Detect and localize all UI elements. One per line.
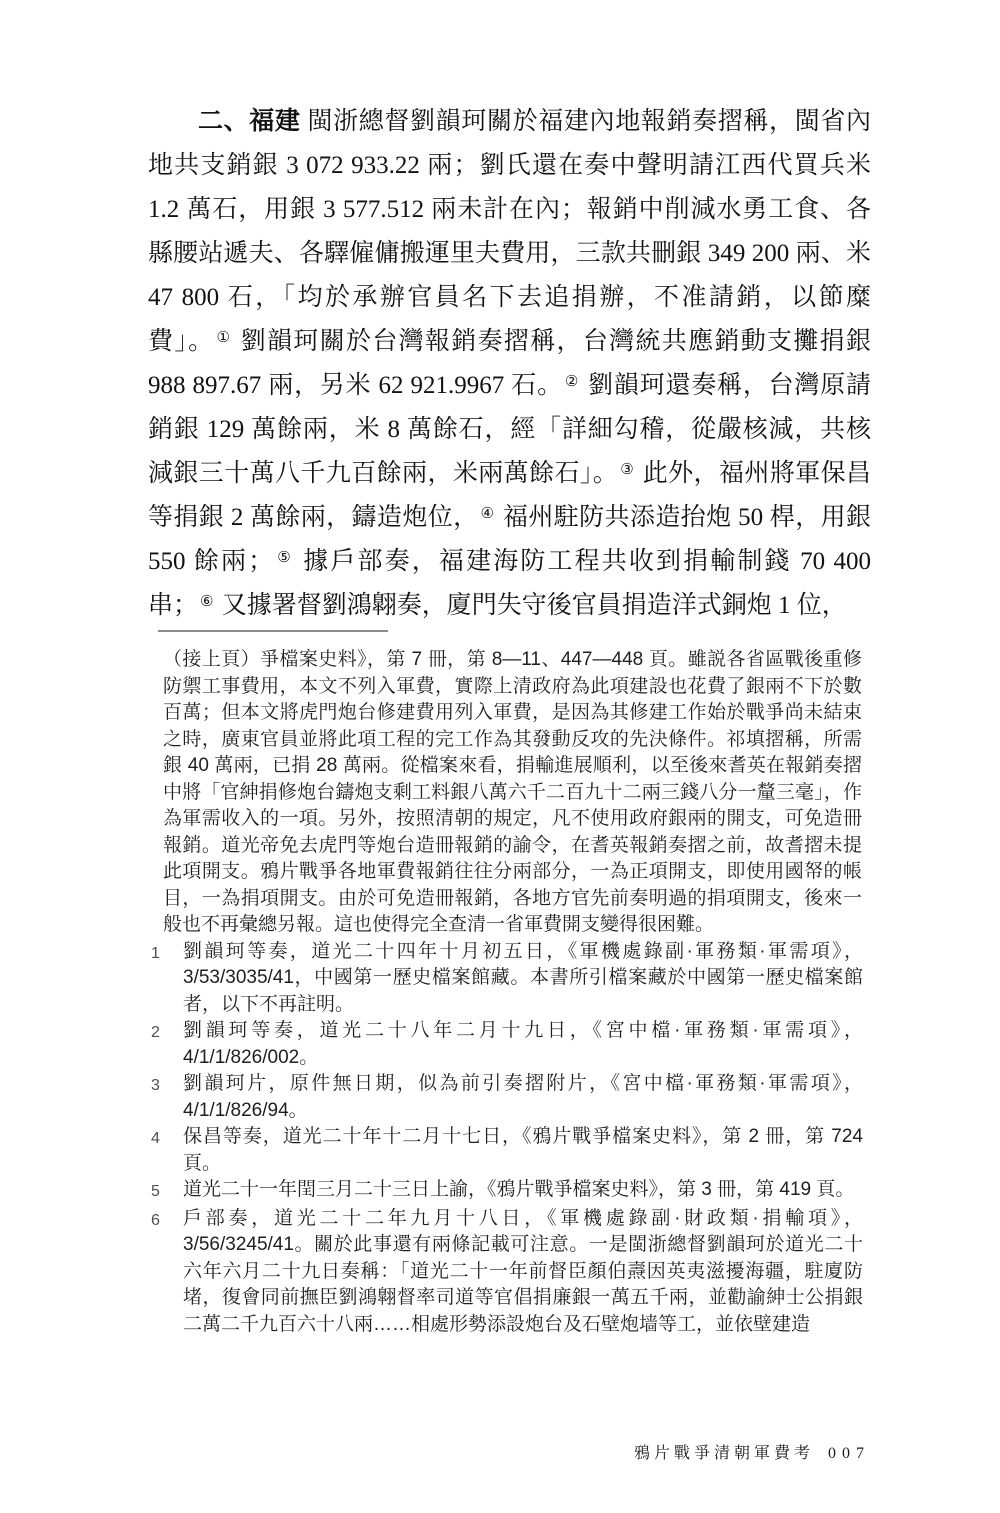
- footnote-number: 5: [151, 1177, 183, 1206]
- footnote-text: 劉韻珂等奏，道光二十八年二月十九日，《宮中檔·軍務類·軍需項》，4/1/1/82…: [183, 1018, 863, 1071]
- footnote-separator-rule: [158, 630, 388, 632]
- footnote-reference: ⑤: [275, 548, 293, 566]
- body-text-run: 閩浙總督劉韻珂關於福建內地報銷奏摺稱，閩省內地共支銷銀 3 072 933.22…: [148, 108, 871, 355]
- footnote-text: 保昌等奏，道光二十年十二月十七日，《鴉片戰爭檔案史料》，第 2 冊，第 724 …: [183, 1124, 863, 1177]
- running-title: 鴉片戰爭清朝軍費考: [634, 1445, 814, 1462]
- footnote-number: 2: [151, 1018, 183, 1071]
- footnote-item: 6戶部奏，道光二十二年九月十八日，《軍機處錄副·財政類·捐輸項》，3/56/32…: [151, 1206, 863, 1339]
- footnote-item: 1劉韻珂等奏，道光二十四年十月初五日，《軍機處錄副·軍務類·軍需項》，3/53/…: [151, 939, 863, 1019]
- footnote-item: 4保昌等奏，道光二十年十二月十七日，《鴉片戰爭檔案史料》，第 2 冊，第 724…: [151, 1124, 863, 1177]
- footnote-text: 道光二十一年閏三月二十三日上諭，《鴉片戰爭檔案史料》，第 3 冊，第 419 頁…: [183, 1177, 863, 1206]
- footnote-reference: ④: [481, 504, 495, 522]
- footnote-item: 3劉韻珂片，原件無日期，似為前引奏摺附片，《宮中檔·軍務類·軍需項》，4/1/1…: [151, 1071, 863, 1124]
- body-text-run: 又據署督劉鴻翺奏，廈門失守後官員捐造洋式銅炮 1 位，: [215, 592, 846, 619]
- footnote-text: 戶部奏，道光二十二年九月十八日，《軍機處錄副·財政類·捐輸項》，3/56/324…: [183, 1206, 863, 1339]
- footnote-item: 2劉韻珂等奏，道光二十八年二月十九日，《宮中檔·軍務類·軍需項》，4/1/1/8…: [151, 1018, 863, 1071]
- footnote-reference: ①: [216, 328, 231, 346]
- footnote-reference: ⑥: [200, 592, 213, 610]
- page-number: 007: [828, 1445, 870, 1462]
- footnotes-section: （接上頁）爭檔案史料》，第 7 冊，第 8—11、447—448 頁。雖説各省區…: [151, 647, 863, 1338]
- footnote-text: 劉韻珂等奏，道光二十四年十月初五日，《軍機處錄副·軍務類·軍需項》，3/53/3…: [183, 939, 863, 1019]
- page-footer: 鴉片戰爭清朝軍費考007: [148, 1440, 870, 1463]
- footnote-item: 5道光二十一年閏三月二十三日上諭，《鴉片戰爭檔案史料》，第 3 冊，第 419 …: [151, 1177, 863, 1206]
- footnote-number: 6: [151, 1206, 183, 1339]
- footnote-number: 4: [151, 1124, 183, 1177]
- footnote-number: 3: [151, 1071, 183, 1124]
- section-heading: 二、福建: [198, 108, 301, 135]
- footnote-reference: ③: [620, 460, 634, 478]
- footnote-continuation: （接上頁）爭檔案史料》，第 7 冊，第 8—11、447—448 頁。雖説各省區…: [163, 647, 862, 939]
- book-page: 二、福建 閩浙總督劉韻珂關於福建內地報銷奏摺稱，閩省內地共支銷銀 3 072 9…: [0, 0, 1000, 1513]
- footnote-number: 1: [151, 939, 183, 1019]
- footnote-list: 1劉韻珂等奏，道光二十四年十月初五日，《軍機處錄副·軍務類·軍需項》，3/53/…: [151, 939, 863, 1339]
- body-paragraph: 二、福建 閩浙總督劉韻珂關於福建內地報銷奏摺稱，閩省內地共支銷銀 3 072 9…: [148, 100, 871, 628]
- footnote-reference: ②: [565, 372, 579, 390]
- footnote-text: 劉韻珂片，原件無日期，似為前引奏摺附片，《宮中檔·軍務類·軍需項》，4/1/1/…: [183, 1071, 863, 1124]
